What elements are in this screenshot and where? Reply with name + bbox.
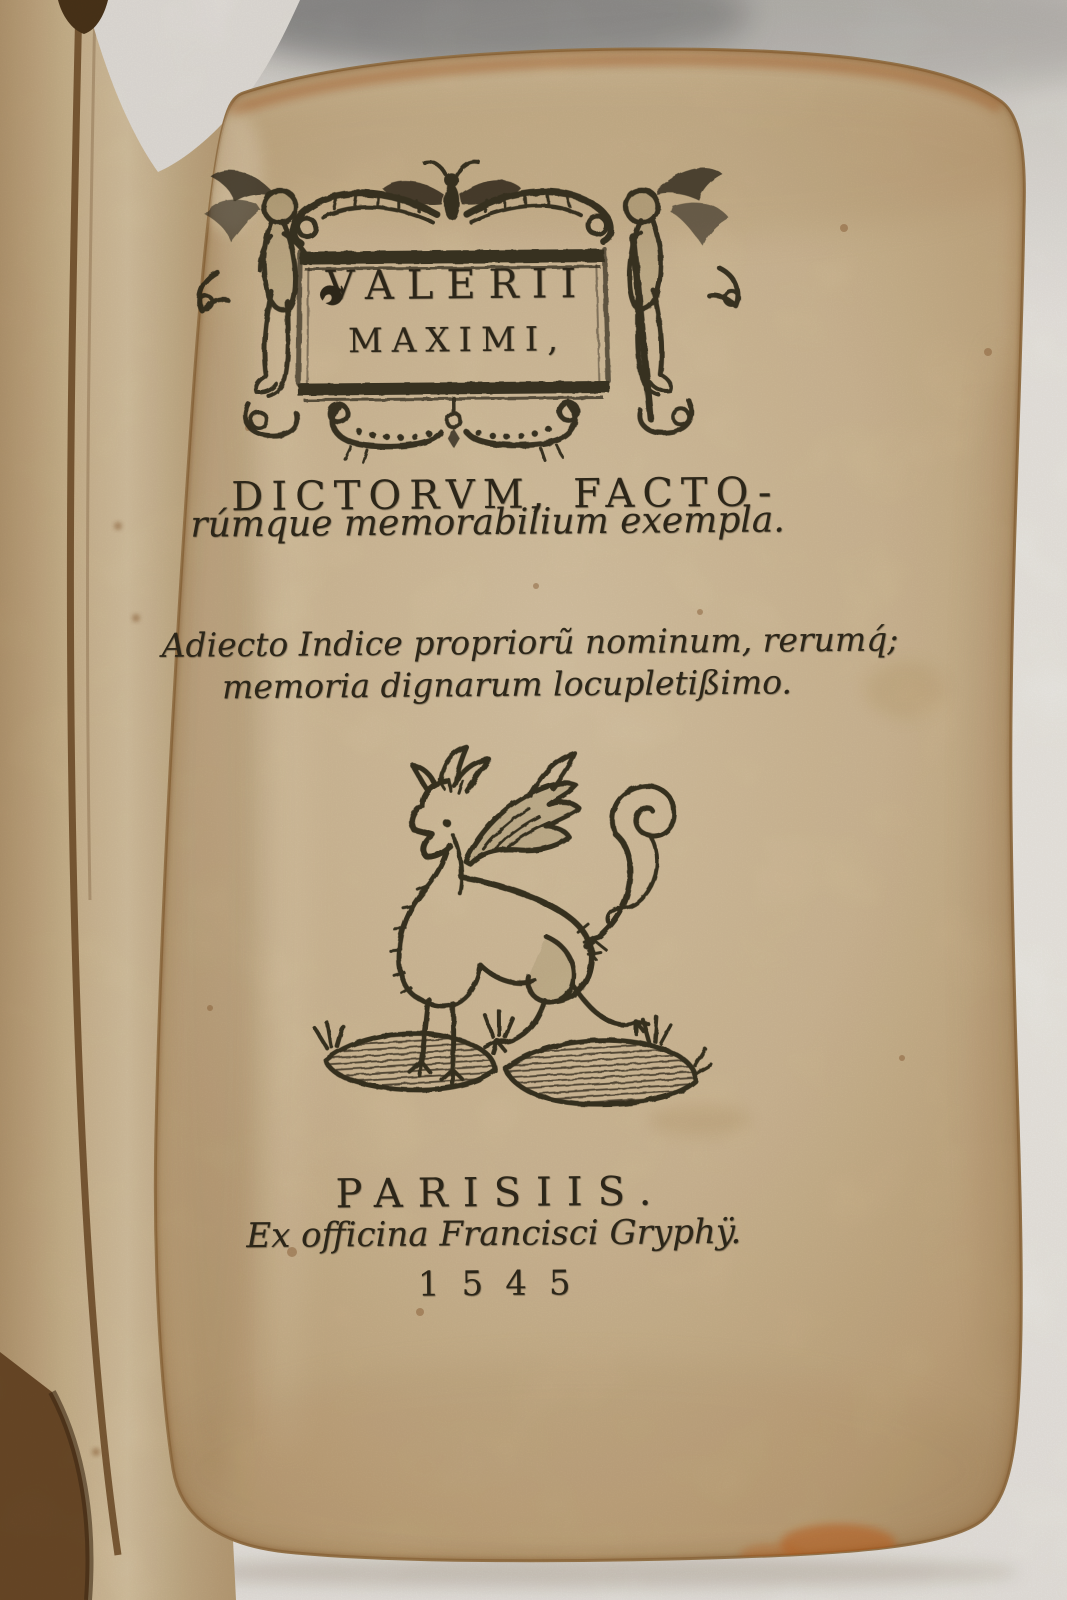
- index-note: Adiecto Indice propriorũ nominum, rerumq…: [161, 619, 852, 709]
- index-note-line1: Adiecto Indice propriorũ nominum, rerumq…: [161, 619, 851, 667]
- imprint-year: 1545: [149, 1261, 839, 1307]
- main-title-italic: rúmque memorabilium exempla.: [142, 499, 832, 546]
- cartouche-title-line2: MAXIMI,: [188, 318, 718, 363]
- index-note-line2: memoria dignarum locupletißimo.: [162, 661, 852, 709]
- title-cartouche-woodcut: VALERII MAXIMI,: [186, 148, 764, 468]
- gryphius-printer-device-griffin: [294, 735, 737, 1129]
- crest-ornament: [293, 160, 611, 243]
- strapwork-base: [329, 397, 578, 462]
- griffin-tail: [585, 786, 676, 960]
- cartouche-title-text: VALERII: [326, 261, 590, 309]
- ground-mounds: [315, 1009, 712, 1107]
- griffin-body: [462, 876, 601, 1003]
- cartouche-title-line1: VALERII: [187, 260, 717, 311]
- antique-book-title-page-photo: VALERII MAXIMI, DICTORVM, FACTO- rúmque …: [0, 0, 1067, 1600]
- imprint-office: Ex officina Francisci Gryphÿ.: [149, 1211, 839, 1257]
- printed-content: VALERII MAXIMI, DICTORVM, FACTO- rúmque …: [0, 0, 1067, 1600]
